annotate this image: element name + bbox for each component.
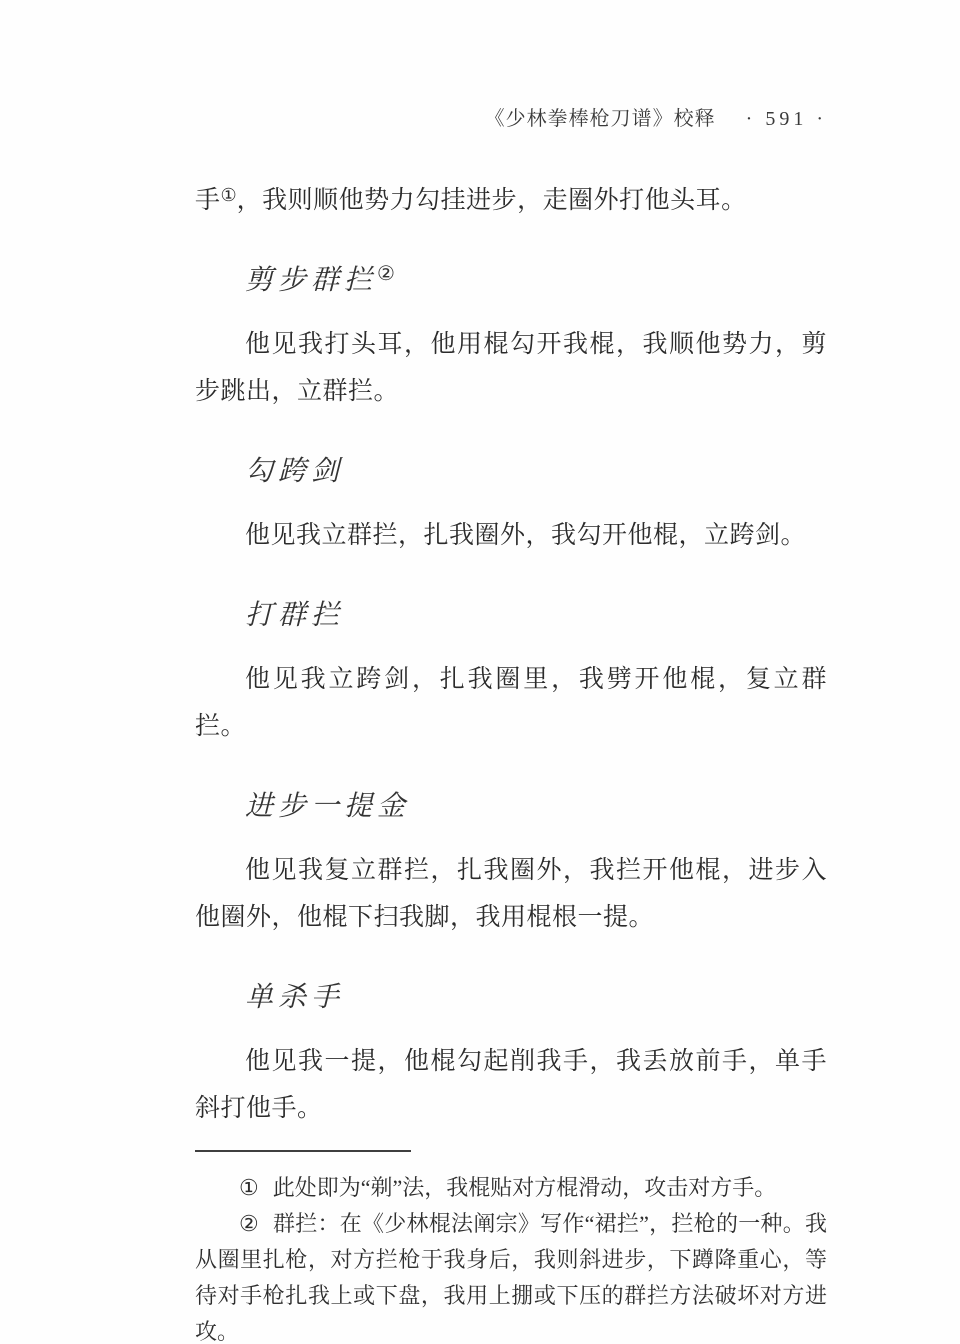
- section-heading-text: 剪步群拦: [245, 265, 377, 296]
- continuation-paragraph: 手①，我则顺他势力勾挂进步，走圈外打他头耳。: [195, 172, 827, 224]
- section-heading-goukuajian: 勾跨剑: [195, 445, 827, 492]
- page-content: 《少林拳棒枪刀谱》校释· 591 · 手①，我则顺他势力勾挂进步，走圈外打他头耳…: [195, 0, 827, 1344]
- footnote-text: 此处即为“剃”法，我棍贴对方棍滑动，攻击对方手。: [273, 1175, 777, 1200]
- footnote-ref-1: ①: [221, 185, 237, 205]
- footnote-2: ②群拦：在《少林棍法阐宗》写作“裙拦”，拦枪的一种。我从圈里扎枪，对方拦枪于我身…: [195, 1206, 827, 1344]
- section-paragraph: 他见我立跨剑，扎我圈里，我劈开他棍，复立群拦。: [195, 656, 827, 750]
- footnote-1: ①此处即为“剃”法，我棍贴对方棍滑动，攻击对方手。: [195, 1170, 827, 1206]
- continuation-pre: 手: [195, 187, 221, 214]
- section-paragraph: 他见我立群拦，扎我圈外，我勾开他棍，立跨剑。: [195, 512, 827, 559]
- book-title: 《少林拳棒枪刀谱》校释: [485, 108, 716, 130]
- section-paragraph: 他见我打头耳，他用棍勾开我棍，我顺他势力，剪步跳出，立群拦。: [195, 321, 827, 415]
- section-heading-text: 单杀手: [245, 982, 344, 1013]
- footnote-marker: ①: [239, 1175, 259, 1200]
- footnote-text: 群拦：在《少林棍法阐宗》写作“裙拦”，拦枪的一种。我从圈里扎枪，对方拦枪于我身后…: [195, 1211, 827, 1344]
- running-header: 《少林拳棒枪刀谱》校释· 591 ·: [195, 106, 827, 132]
- section-heading-jinbu-yitijin: 进步一提金: [195, 780, 827, 827]
- section-paragraph: 他见我复立群拦，扎我圈外，我拦开他棍，进步入他圈外，他棍下扫我脚，我用棍根一提。: [195, 847, 827, 941]
- book-page: 《少林拳棒枪刀谱》校释· 591 · 手①，我则顺他势力勾挂进步，走圈外打他头耳…: [0, 0, 960, 1344]
- section-heading-text: 勾跨剑: [245, 456, 344, 487]
- section-heading-danshashou: 单杀手: [195, 971, 827, 1018]
- section-heading-text: 打群拦: [245, 600, 344, 631]
- page-number: · 591 ·: [746, 108, 827, 130]
- continuation-post: ，我则顺他势力勾挂进步，走圈外打他头耳。: [237, 187, 747, 214]
- footnote-marker: ②: [239, 1211, 259, 1236]
- section-heading-daqunlan: 打群拦: [195, 589, 827, 636]
- footnote-ref-2: ②: [377, 263, 395, 285]
- footnotes-block: ①此处即为“剃”法，我棍贴对方棍滑动，攻击对方手。 ②群拦：在《少林棍法阐宗》写…: [195, 1170, 827, 1344]
- footnote-separator: [195, 1150, 411, 1152]
- section-paragraph: 他见我一提，他棍勾起削我手，我丢放前手，单手斜打他手。: [195, 1038, 827, 1132]
- section-heading-text: 进步一提金: [245, 791, 410, 822]
- section-heading-jianbu-qunlan: 剪步群拦②: [195, 254, 827, 301]
